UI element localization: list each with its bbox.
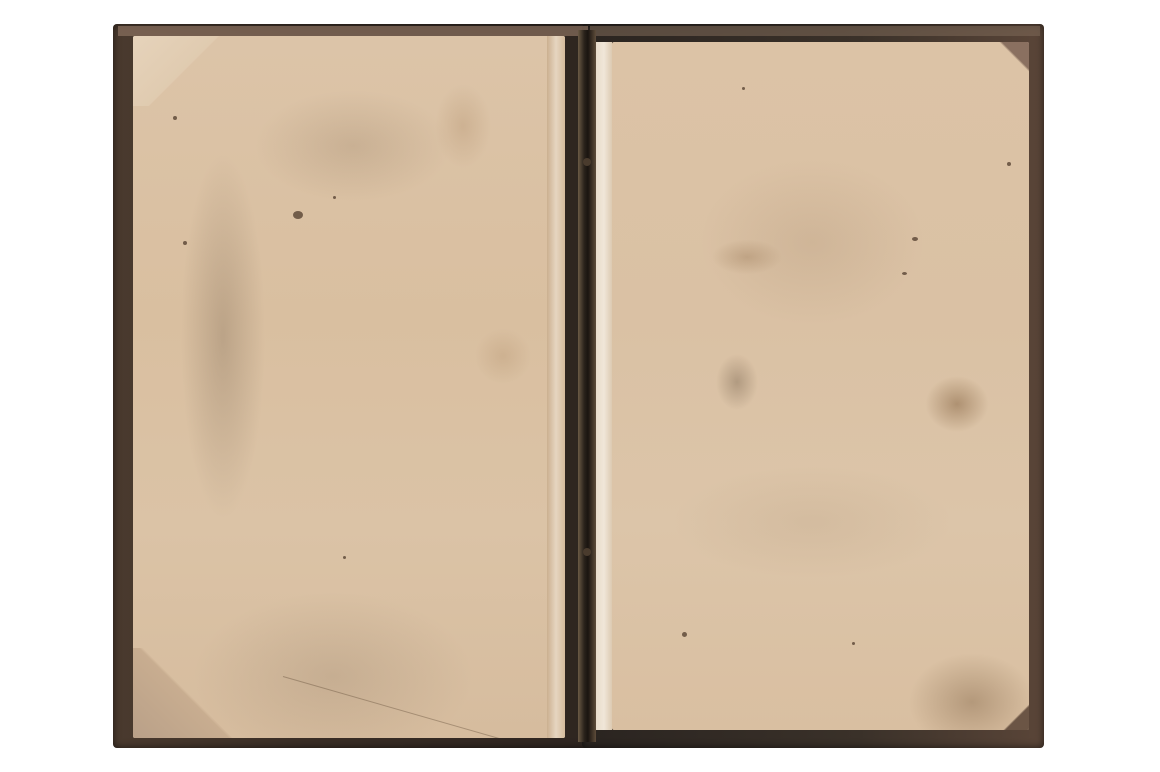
stain-speck bbox=[183, 241, 187, 245]
right-page-cover-corner-top bbox=[999, 42, 1029, 72]
cover-worn-edge-right bbox=[590, 26, 1040, 36]
book-spine bbox=[578, 30, 596, 742]
left-page-binding-strip bbox=[547, 36, 565, 738]
stain-speck bbox=[852, 642, 855, 645]
left-page-folded-corner bbox=[133, 36, 233, 106]
stain-speck bbox=[173, 116, 177, 120]
stain-speck bbox=[682, 632, 687, 637]
stain-speck bbox=[293, 211, 303, 219]
stain-speck bbox=[1007, 162, 1011, 166]
left-page-torn-corner bbox=[133, 648, 243, 738]
photo-scene bbox=[0, 0, 1160, 772]
stain-speck bbox=[742, 87, 745, 90]
stain-speck bbox=[333, 196, 336, 199]
cover-worn-edge-left bbox=[118, 26, 588, 36]
stain-speck bbox=[912, 237, 918, 241]
right-page bbox=[612, 42, 1029, 730]
right-page-binding-strip bbox=[596, 42, 612, 730]
stain-speck bbox=[902, 272, 907, 275]
left-page bbox=[133, 36, 565, 738]
spine-stitch bbox=[583, 158, 591, 166]
left-page-crease bbox=[283, 676, 552, 738]
spine-stitch bbox=[583, 548, 591, 556]
stain-speck bbox=[343, 556, 346, 559]
right-page-cover-corner-bottom bbox=[1003, 704, 1029, 730]
